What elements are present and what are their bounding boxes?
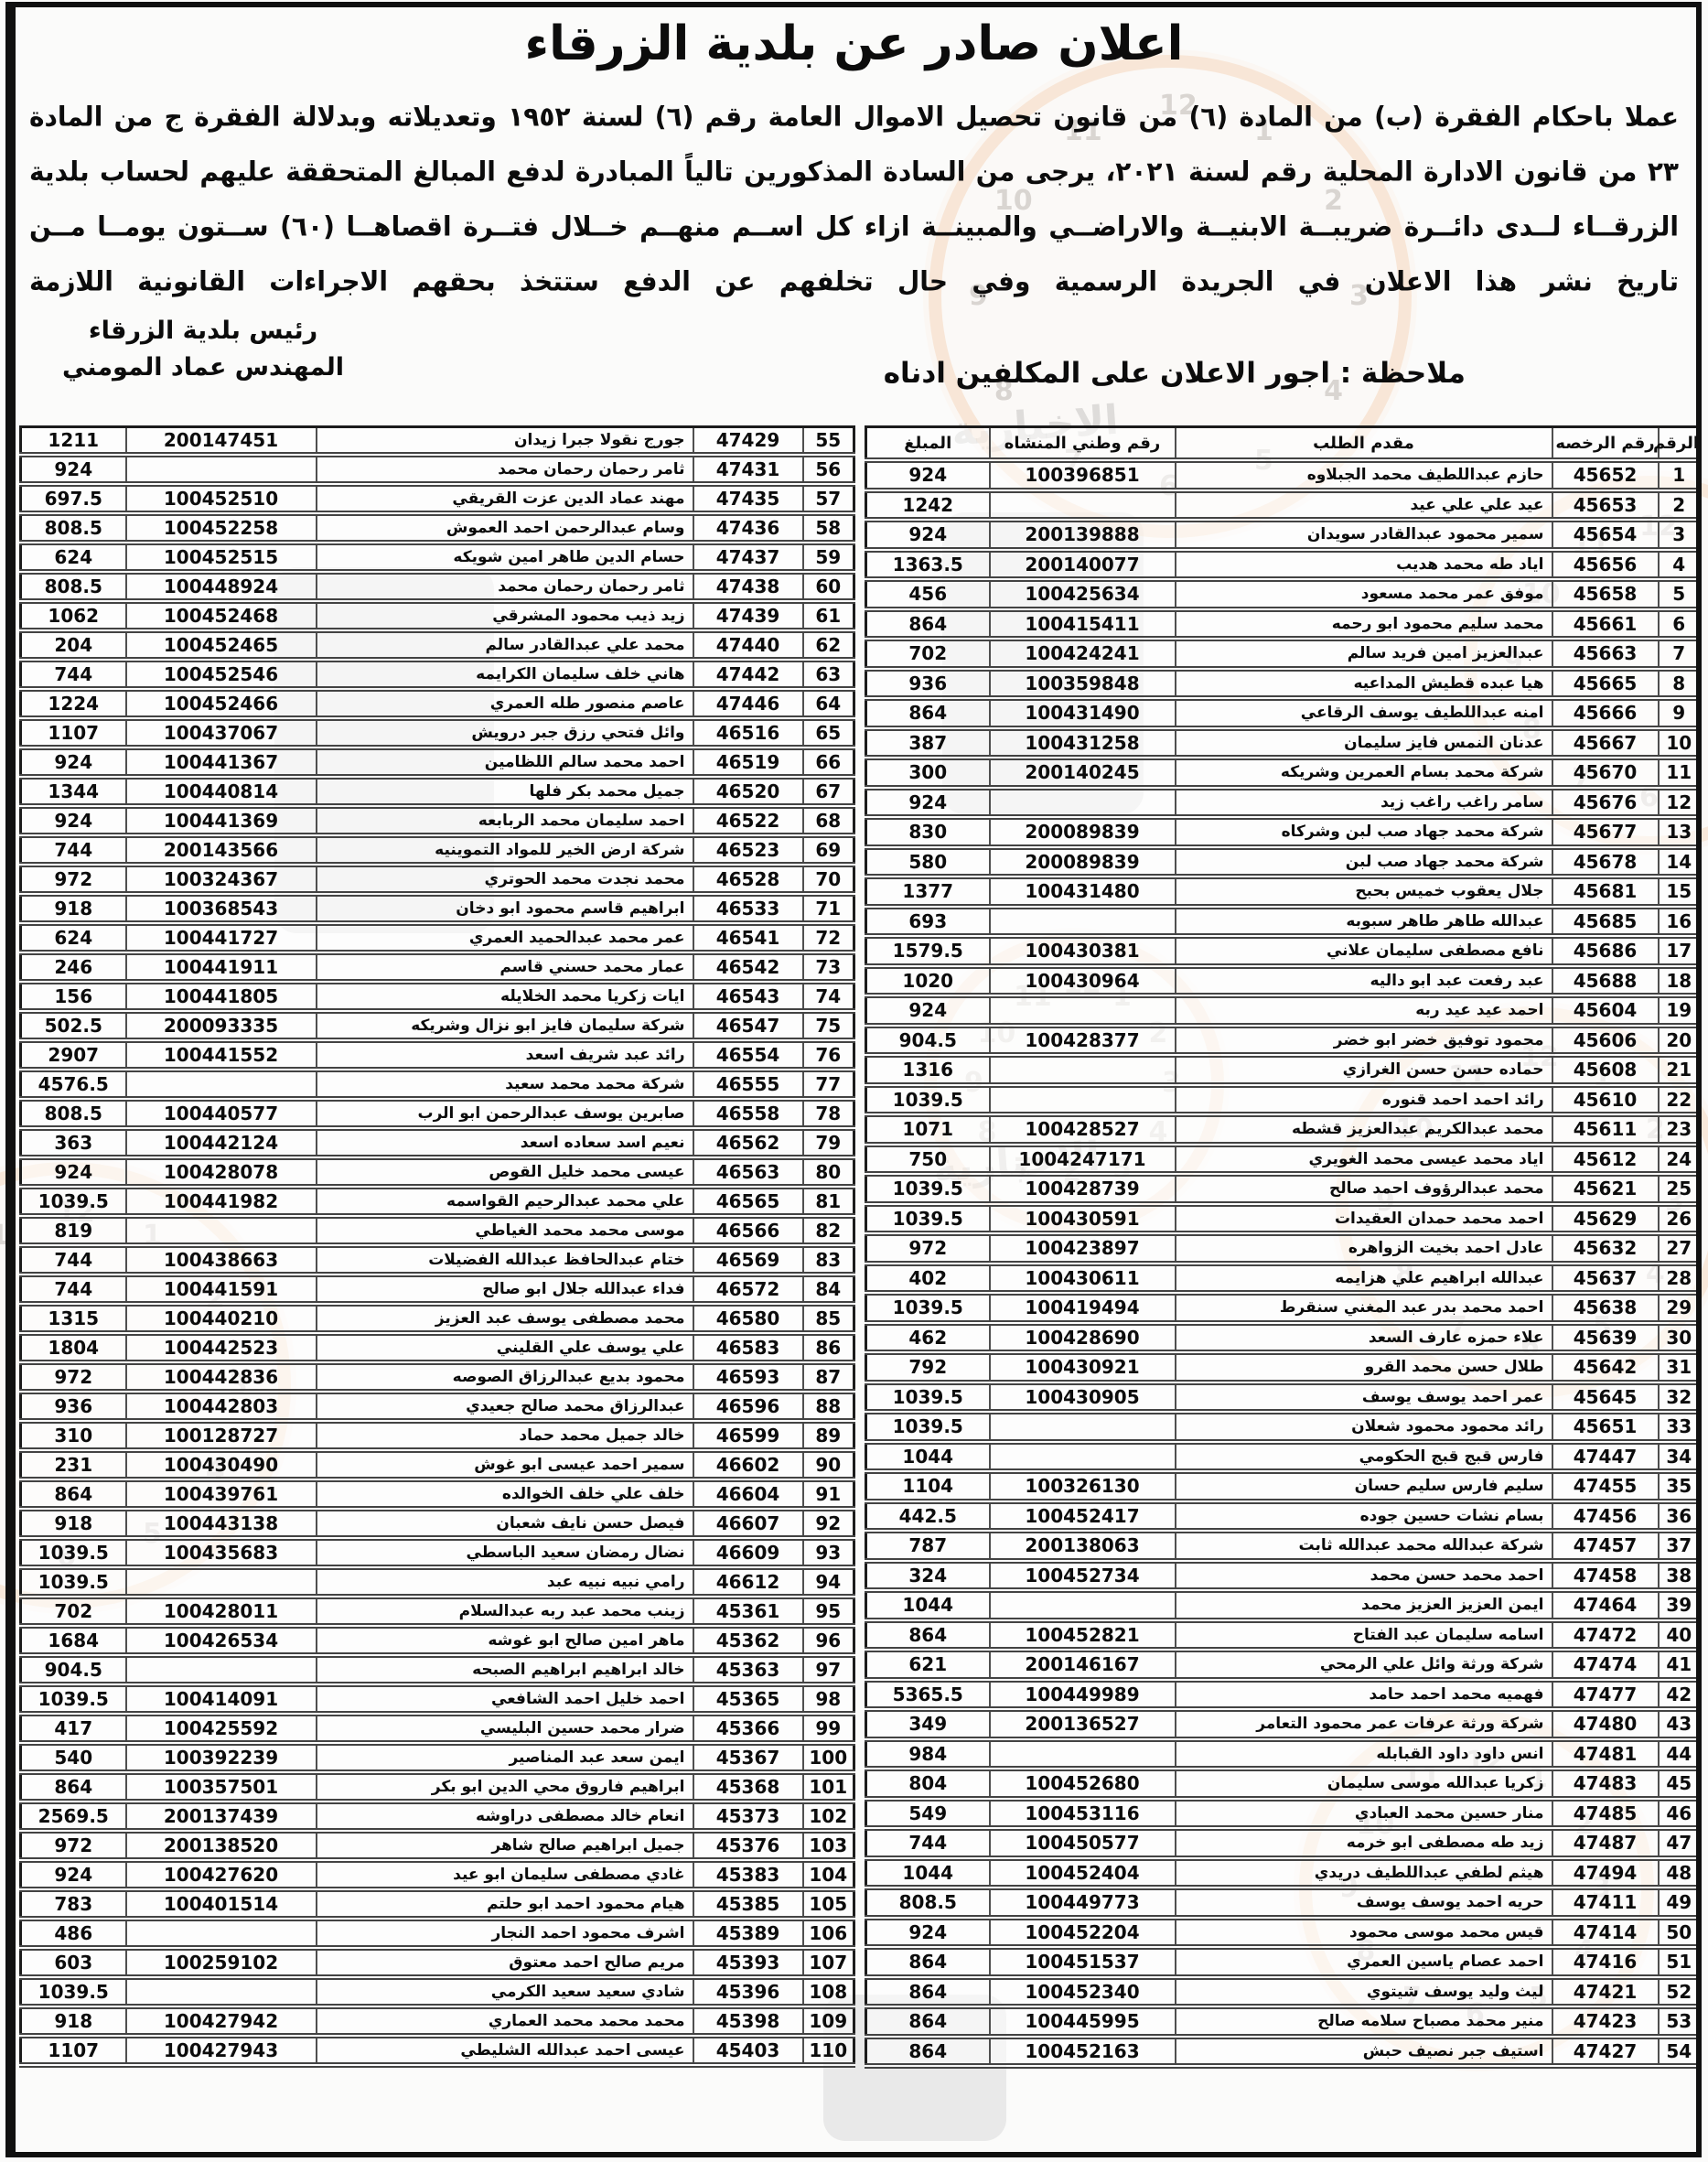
cell-license: 45366 [693,1714,803,1743]
table-row: 4547483زكريا عبدالله موسى سليمان10045268… [866,1769,1701,1799]
cell-serial: 3 [1659,520,1701,550]
cell-license: 46580 [693,1304,803,1333]
cell-name: خالد ابراهيم ابراهيم الصبحه [317,1655,693,1684]
cell-national: 100414091 [126,1684,317,1714]
table-row: 5147416احمد عصام ياسين العمري10045153786… [866,1947,1701,1977]
cell-serial: 62 [803,630,854,660]
cell-license: 46612 [693,1567,803,1597]
table-row: 8446572فداء عبدالله جلال ابو صالح1004415… [21,1275,854,1304]
cell-name: خالد جميل محمد حماد [317,1421,693,1450]
cell-national: 200147451 [126,427,317,456]
cell-amount: 1020 [866,966,990,996]
cell-license: 46596 [693,1392,803,1421]
cell-national: 100441911 [126,952,317,982]
cell-serial: 86 [803,1333,854,1362]
cell-amount: 1224 [21,689,126,718]
table-row: 5047414قيس محمد موسى محمود100452204924 [866,1918,1701,1948]
cell-name: فداء عبدالله جلال ابو صالح [317,1275,693,1304]
table-row: 8546580محمد مصطفى يوسف عبد العزيز1004402… [21,1304,854,1333]
cell-national: 200138063 [990,1531,1176,1561]
cell-national: 100425634 [990,579,1176,609]
table-row: 3345651رائد محمود محمود شعلان1039.5 [866,1412,1701,1442]
cell-license: 46562 [693,1128,803,1157]
cell-license: 47442 [693,660,803,689]
cell-amount: 1039.5 [21,1187,126,1216]
table-row: 9845365احمد خليل احمد الشافعي10041409110… [21,1684,854,1714]
header-national: رقم وطني المنشاه [990,427,1176,461]
cell-name: عبدالرزاق محمد صالح جعيدي [317,1392,693,1421]
table-row: 1245676سامر راغب راغب زيد924 [866,788,1701,818]
cell-name: شركة محمد جهاد صب لبن [1176,847,1552,877]
table-row: 5747435مهند عماد الدين عزت القريقي100452… [21,484,854,513]
cell-serial: 30 [1659,1323,1701,1353]
table-row: 4347480شركة ورثة عرفات عمر محمود التعامر… [866,1709,1701,1739]
cell-national: 100441369 [126,806,317,835]
cell-name: رامي نبيه نبيه عبد [317,1567,693,1597]
cell-amount: 2907 [21,1040,126,1070]
cell-amount: 1107 [21,2036,126,2065]
cell-name: شركة محمد جهاد صب لبن وشركاه [1176,817,1552,847]
cell-license: 45362 [693,1626,803,1655]
cell-serial: 105 [803,1889,854,1919]
cell-license: 45663 [1552,639,1659,669]
cell-amount: 1039.5 [21,1538,126,1567]
cell-name: ابراهيم قاسم محمود ابو دخان [317,894,693,923]
cell-serial: 55 [803,427,854,456]
cell-name: احمد سليمان محمد الربابعه [317,806,693,835]
cell-serial: 31 [1659,1352,1701,1382]
cell-serial: 15 [1659,877,1701,907]
table-row: 9945366ضرار محمد حسين البليسي10042559241… [21,1714,854,1743]
table-row: 1445678شركة محمد جهاد صب لبن200089839580 [866,847,1701,877]
cell-name: هيا عبده قطيش المداعيه [1176,669,1552,699]
cell-national: 1004247171 [990,1145,1176,1175]
table-row: 10445383غادي مصطفى سليمان ابو عيد1004276… [21,1860,854,1889]
cell-amount: 808.5 [21,572,126,601]
cell-national [126,1919,317,1948]
cell-national [126,1977,317,2006]
cell-serial: 45 [1659,1769,1701,1799]
cell-national: 100438663 [126,1245,317,1275]
note-text: ملاحظة : اجور الاعلان على المكلفين ادناه [884,357,1466,390]
cell-national: 100452465 [126,630,317,660]
cell-name: علي محمد عبدالرحيم القواسمه [317,1187,693,1216]
cell-serial: 6 [1659,609,1701,640]
cell-amount: 808.5 [866,1888,990,1918]
cell-national: 100430611 [990,1264,1176,1294]
table-row: 4247477فهميه محمد احمد حامد1004499895365… [866,1680,1701,1710]
cell-license: 47477 [1552,1680,1659,1710]
cell-license: 47411 [1552,1888,1659,1918]
cell-serial: 69 [803,835,854,865]
table-row: 9246607فيصل حسن نايف شعبان100443138918 [21,1509,854,1538]
cell-name: علاء حمزه عارف السعد [1176,1323,1552,1353]
table-row: 4947411حريه احمد يوسف يوسف100449773808.5 [866,1888,1701,1918]
table-row: 8646583علي يوسف علي القليني1004425231804 [21,1333,854,1362]
cell-national: 100439761 [126,1479,317,1509]
cell-amount: 1039.5 [21,1977,126,2006]
cell-serial: 22 [1659,1085,1701,1115]
table-row: 845665هيا عبده قطيش المداعيه100359848936 [866,669,1701,699]
table-row: 1845688عبد رفعت عبد ابو داليه10043096410… [866,966,1701,996]
cell-license: 45685 [1552,907,1659,937]
cell-amount: 580 [866,847,990,877]
announcement-page: { "document": { "title": "اعلان صادر عن … [0,0,1708,2162]
cell-serial: 50 [1659,1918,1701,1948]
table-row: 3447447فارس قبج قبج الحكومي1044 [866,1442,1701,1472]
cell-name: ثامر رحمان رحمان محمد [317,572,693,601]
table-row: 3947464ايمن العزيز العزيز محمد1044 [866,1590,1701,1620]
cell-license: 45666 [1552,698,1659,728]
cell-national [990,1055,1176,1085]
cell-amount: 804 [866,1769,990,1799]
cell-name: سامر راغب راغب زيد [1176,788,1552,818]
cell-serial: 87 [803,1362,854,1392]
cell-serial: 98 [803,1684,854,1714]
cell-name: مريم صالح احمد معتوق [317,1948,693,1977]
cell-national: 100452404 [990,1858,1176,1888]
cell-name: رائد محمود محمود شعلان [1176,1412,1552,1442]
cell-amount: 864 [866,2006,990,2037]
table-row: 5247421ليث وليد يوسف شيتوي100452340864 [866,1977,1701,2007]
cell-national: 100428377 [990,1026,1176,1056]
cell-license: 47494 [1552,1858,1659,1888]
cell-national: 100441367 [126,748,317,777]
cell-name: شركة سليمان فايز ابو نزال وشريكه [317,1011,693,1040]
cell-name: نعيم اسد سعاده اسعد [317,1128,693,1157]
cell-name: ايمن العزيز العزيز محمد [1176,1590,1552,1620]
table-row: 9346609نضال رمضان سعيد الباسطي1004356831… [21,1538,854,1567]
cell-amount: 864 [866,1977,990,2007]
cell-serial: 68 [803,806,854,835]
cell-name: محمد محمد محمد العماري [317,2006,693,2036]
cell-name: انس داود داود القبابله [1176,1739,1552,1769]
cell-national: 100441591 [126,1275,317,1304]
cell-name: امنه عبداللطيف يوسف الرقاعي [1176,698,1552,728]
cell-license: 45656 [1552,550,1659,580]
cell-serial: 14 [1659,847,1701,877]
table-row: 2645629احمد محمد حمدان العقيدات100430591… [866,1204,1701,1234]
cell-license: 45373 [693,1802,803,1831]
cell-name: استيف جبر نصيف حبش [1176,2037,1552,2067]
cell-national: 100441727 [126,923,317,952]
right-table: الرقم رقم الرخصه مقدم الطلب رقم وطني الم… [865,425,1702,2069]
table-row: 4747487زيد طه مصطفى ابو خرمه100450577744 [866,1828,1701,1858]
cell-amount: 363 [21,1128,126,1157]
table-row: 345654سمير محمود عبدالقادر سويدان2001398… [866,520,1701,550]
cell-amount: 864 [866,698,990,728]
cell-name: مهند عماد الدين عزت القريقي [317,484,693,513]
cell-amount: 1044 [866,1442,990,1472]
cell-amount: 904.5 [21,1655,126,1684]
cell-national: 100415411 [990,609,1176,640]
cell-serial: 82 [803,1216,854,1245]
cell-national [990,1739,1176,1769]
cell-serial: 101 [803,1772,854,1802]
table-row: 645661محمد سليم محمود ابو رحمه1004154118… [866,609,1701,640]
cell-name: ايات زكريا محمد الخلايله [317,982,693,1011]
cell-amount: 486 [21,1919,126,1948]
table-row: 7646554رائد عبد شريف اسعد1004415522907 [21,1040,854,1070]
cell-license: 46602 [693,1450,803,1479]
cell-name: سليم فارس سليم حسان [1176,1471,1552,1501]
cell-national: 100427620 [126,1860,317,1889]
cell-national: 100443138 [126,1509,317,1538]
cell-amount: 417 [21,1714,126,1743]
cell-serial: 60 [803,572,854,601]
cell-amount: 972 [21,1831,126,1860]
table-row: 3045639علاء حمزه عارف السعد100428690462 [866,1323,1701,1353]
cell-serial: 100 [803,1743,854,1772]
table-row: 5447427استيف جبر نصيف حبش100452163864 [866,2037,1701,2067]
table-row: 1945604احمد عيد عيد ربه924 [866,995,1701,1026]
cell-national: 100423897 [990,1233,1176,1264]
cell-license: 45676 [1552,788,1659,818]
cell-amount: 787 [866,1531,990,1561]
cell-name: احمد عيد عيد ربه [1176,995,1552,1026]
cell-license: 46569 [693,1245,803,1275]
cell-serial: 61 [803,601,854,630]
cell-name: جميل ابراهيم صالح شاهر [317,1831,693,1860]
cell-serial: 19 [1659,995,1701,1026]
cell-license: 47440 [693,630,803,660]
cell-name: عاصم منصور طله العمري [317,689,693,718]
cell-serial: 10 [1659,728,1701,758]
cell-license: 45376 [693,1831,803,1860]
cell-national: 100431480 [990,877,1176,907]
table-row: 11045403عيسى احمد عبدالله الشليطي1004279… [21,2036,854,2065]
cell-national: 100259102 [126,1948,317,1977]
cell-national: 100442124 [126,1128,317,1157]
cell-serial: 57 [803,484,854,513]
cell-serial: 37 [1659,1531,1701,1561]
cell-amount: 864 [866,1947,990,1977]
cell-license: 45653 [1552,490,1659,521]
cell-amount: 702 [866,639,990,669]
cell-serial: 108 [803,1977,854,2006]
cell-license: 45606 [1552,1026,1659,1056]
cell-serial: 93 [803,1538,854,1567]
table-row: 2945638احمد محمد بدر عبد المغني سنقرط100… [866,1293,1701,1323]
cell-name: محمد عبدالكريم عبدالعزيز قشطه [1176,1114,1552,1145]
cell-license: 46543 [693,982,803,1011]
cell-amount: 744 [21,1275,126,1304]
cell-name: موسى محمد محمد الغياطي [317,1216,693,1245]
cell-amount: 1039.5 [21,1684,126,1714]
table-row: 2745632عادل احمد بخيت الزواهره1004238979… [866,1233,1701,1264]
cell-amount: 864 [21,1772,126,1802]
cell-license: 46609 [693,1538,803,1567]
cell-amount: 924 [866,460,990,490]
cell-name: عبدالعزيز امين فريد سالم [1176,639,1552,669]
cell-amount: 387 [866,728,990,758]
cell-national: 100425592 [126,1714,317,1743]
cell-national: 100452515 [126,543,317,572]
cell-license: 45403 [693,2036,803,2065]
cell-name: جلال يعقوب خميس بحبح [1176,877,1552,907]
cell-license: 45665 [1552,669,1659,699]
cell-serial: 13 [1659,817,1701,847]
cell-national: 200140077 [990,550,1176,580]
cell-name: قيس محمد موسى محمود [1176,1918,1552,1948]
cell-name: عمار محمد حسني قاسم [317,952,693,982]
cell-license: 46528 [693,865,803,894]
cell-license: 46604 [693,1479,803,1509]
cell-amount: 924 [21,748,126,777]
cell-serial: 96 [803,1626,854,1655]
cell-name: ايمن سعد عبد المناصير [317,1743,693,1772]
cell-national: 200146167 [990,1650,1176,1680]
watermark-clock-digit: 11 [0,1220,9,1252]
cell-license: 45670 [1552,758,1659,788]
cell-amount: 2569.5 [21,1802,126,1831]
cell-serial: 44 [1659,1739,1701,1769]
cell-license: 47464 [1552,1590,1659,1620]
cell-national: 100427943 [126,2036,317,2065]
cell-national [990,1085,1176,1115]
announcement-body: عملا باحكام الفقرة (ب) من المادة (٦) من … [29,90,1679,309]
cell-name: احمد محمد سالم اللظامين [317,748,693,777]
table-row: 1345677شركة محمد جهاد صب لبن وشركاه20008… [866,817,1701,847]
cell-name: نافع مصطفى سليمان علاني [1176,936,1552,966]
cell-serial: 1 [1659,460,1701,490]
cell-serial: 41 [1659,1650,1701,1680]
cell-national [990,1412,1176,1442]
cell-national: 100430591 [990,1204,1176,1234]
cell-license: 47485 [1552,1799,1659,1829]
cell-license: 47414 [1552,1918,1659,1948]
cell-name: حريه احمد يوسف يوسف [1176,1888,1552,1918]
left-table: 5547429جورج نقولا جبرا زيدان200147451121… [19,425,855,2068]
cell-name: منار حسين محمد العبادي [1176,1799,1552,1829]
cell-name: هيام محمود احمد ابو حلتم [317,1889,693,1919]
cell-name: زيد طه مصطفى ابو خرمه [1176,1828,1552,1858]
cell-national: 200140245 [990,758,1176,788]
cell-license: 46554 [693,1040,803,1070]
cell-name: عبدالله طاهر طاهر سبوبه [1176,907,1552,937]
table-row: 545658موفق عمر محمد مسعود100425634456 [866,579,1701,609]
cell-serial: 29 [1659,1293,1701,1323]
cell-amount: 750 [866,1145,990,1175]
cell-name: خلف علي خلف الخوالده [317,1479,693,1509]
cell-amount: 783 [21,1889,126,1919]
table-row: 9645362ماهر امين صالح ابو غوشه1004265341… [21,1626,854,1655]
cell-amount: 540 [21,1743,126,1772]
cell-amount: 918 [21,894,126,923]
cell-amount: 5365.5 [866,1680,990,1710]
cell-national: 100430921 [990,1352,1176,1382]
cell-amount: 1344 [21,777,126,806]
cell-amount: 156 [21,982,126,1011]
cell-national: 100440814 [126,777,317,806]
cell-national: 100440210 [126,1304,317,1333]
cell-name: وسام عبدالرحمن احمد العموش [317,513,693,543]
cell-national [126,1070,317,1099]
cell-serial: 49 [1659,1888,1701,1918]
cell-license: 45667 [1552,728,1659,758]
cell-license: 47458 [1552,1561,1659,1591]
cell-serial: 75 [803,1011,854,1040]
cell-name: غادي مصطفى سليمان ابو عيد [317,1860,693,1889]
cell-national: 100451537 [990,1947,1176,1977]
cell-serial: 85 [803,1304,854,1333]
cell-license: 45654 [1552,520,1659,550]
cell-amount: 702 [21,1597,126,1626]
cell-national: 200093335 [126,1011,317,1040]
cell-name: عيسى محمد خليل القوص [317,1157,693,1187]
table-row: 6047438ثامر رحمان رحمان محمد100448924808… [21,572,854,601]
cell-national: 100449989 [990,1680,1176,1710]
cell-license: 46563 [693,1157,803,1187]
table-row: 4847494هيثم لطفي عبداللطيف دريدي10045240… [866,1858,1701,1888]
cell-amount: 864 [866,1620,990,1651]
cell-amount: 924 [21,455,126,484]
cell-national: 200137439 [126,1802,317,1831]
cell-serial: 66 [803,748,854,777]
cell-license: 45361 [693,1597,803,1626]
cell-serial: 91 [803,1479,854,1509]
cell-national: 100430381 [990,936,1176,966]
cell-license: 47455 [1552,1471,1659,1501]
cell-amount: 231 [21,1450,126,1479]
cell-amount: 972 [21,1362,126,1392]
cell-serial: 42 [1659,1680,1701,1710]
cell-amount: 972 [21,865,126,894]
cell-amount: 808.5 [21,513,126,543]
cell-license: 47483 [1552,1769,1659,1799]
cell-amount: 1039.5 [866,1412,990,1442]
cell-name: هيثم لطفي عبداللطيف دريدي [1176,1858,1552,1888]
cell-serial: 59 [803,543,854,572]
cell-serial: 99 [803,1714,854,1743]
cell-national: 100449773 [990,1888,1176,1918]
cell-name: حماده حسن حسن الغرازي [1176,1055,1552,1085]
cell-national: 100452468 [126,601,317,630]
cell-license: 47431 [693,455,803,484]
cell-serial: 18 [1659,966,1701,996]
cell-amount: 1039.5 [866,1293,990,1323]
table-row: 10745393مريم صالح احمد معتوق100259102603 [21,1948,854,1977]
cell-name: ليث وليد يوسف شيتوي [1176,1977,1552,2007]
cell-amount: 402 [866,1264,990,1294]
cell-serial: 73 [803,952,854,982]
cell-name: بسام نشات حسين جوده [1176,1501,1552,1532]
table-row: 2245610رائد احمد احمد قنوره1039.5 [866,1085,1701,1115]
cell-serial: 83 [803,1245,854,1275]
table-row: 2345611محمد عبدالكريم عبدالعزيز قشطه1004… [866,1114,1701,1145]
table-row: 10045367ايمن سعد عبد المناصير10039223954… [21,1743,854,1772]
cell-serial: 12 [1659,788,1701,818]
cell-license: 45383 [693,1860,803,1889]
table-row: 4147474شركة ورثة وائل علي الرمحي20014616… [866,1650,1701,1680]
cell-name: محمد علي عبدالقادر سالم [317,630,693,660]
cell-national: 100452821 [990,1620,1176,1651]
cell-serial: 20 [1659,1026,1701,1056]
cell-national: 100428739 [990,1174,1176,1204]
cell-license: 46583 [693,1333,803,1362]
cell-serial: 33 [1659,1412,1701,1442]
cell-name: اشرف محمود احمد النجار [317,1919,693,1948]
cell-national: 100452163 [990,2037,1176,2067]
cell-name: جميل محمد بكر فلها [317,777,693,806]
header-serial: الرقم [1659,427,1701,461]
table-row: 8046563عيسى محمد خليل القوص100428078924 [21,1157,854,1187]
cell-national: 100428011 [126,1597,317,1626]
cell-name: احمد خليل احمد الشافعي [317,1684,693,1714]
cell-license: 46607 [693,1509,803,1538]
table-row: 6147439زيد ذيب محمود المشرقي100452468106… [21,601,854,630]
cell-license: 46566 [693,1216,803,1245]
